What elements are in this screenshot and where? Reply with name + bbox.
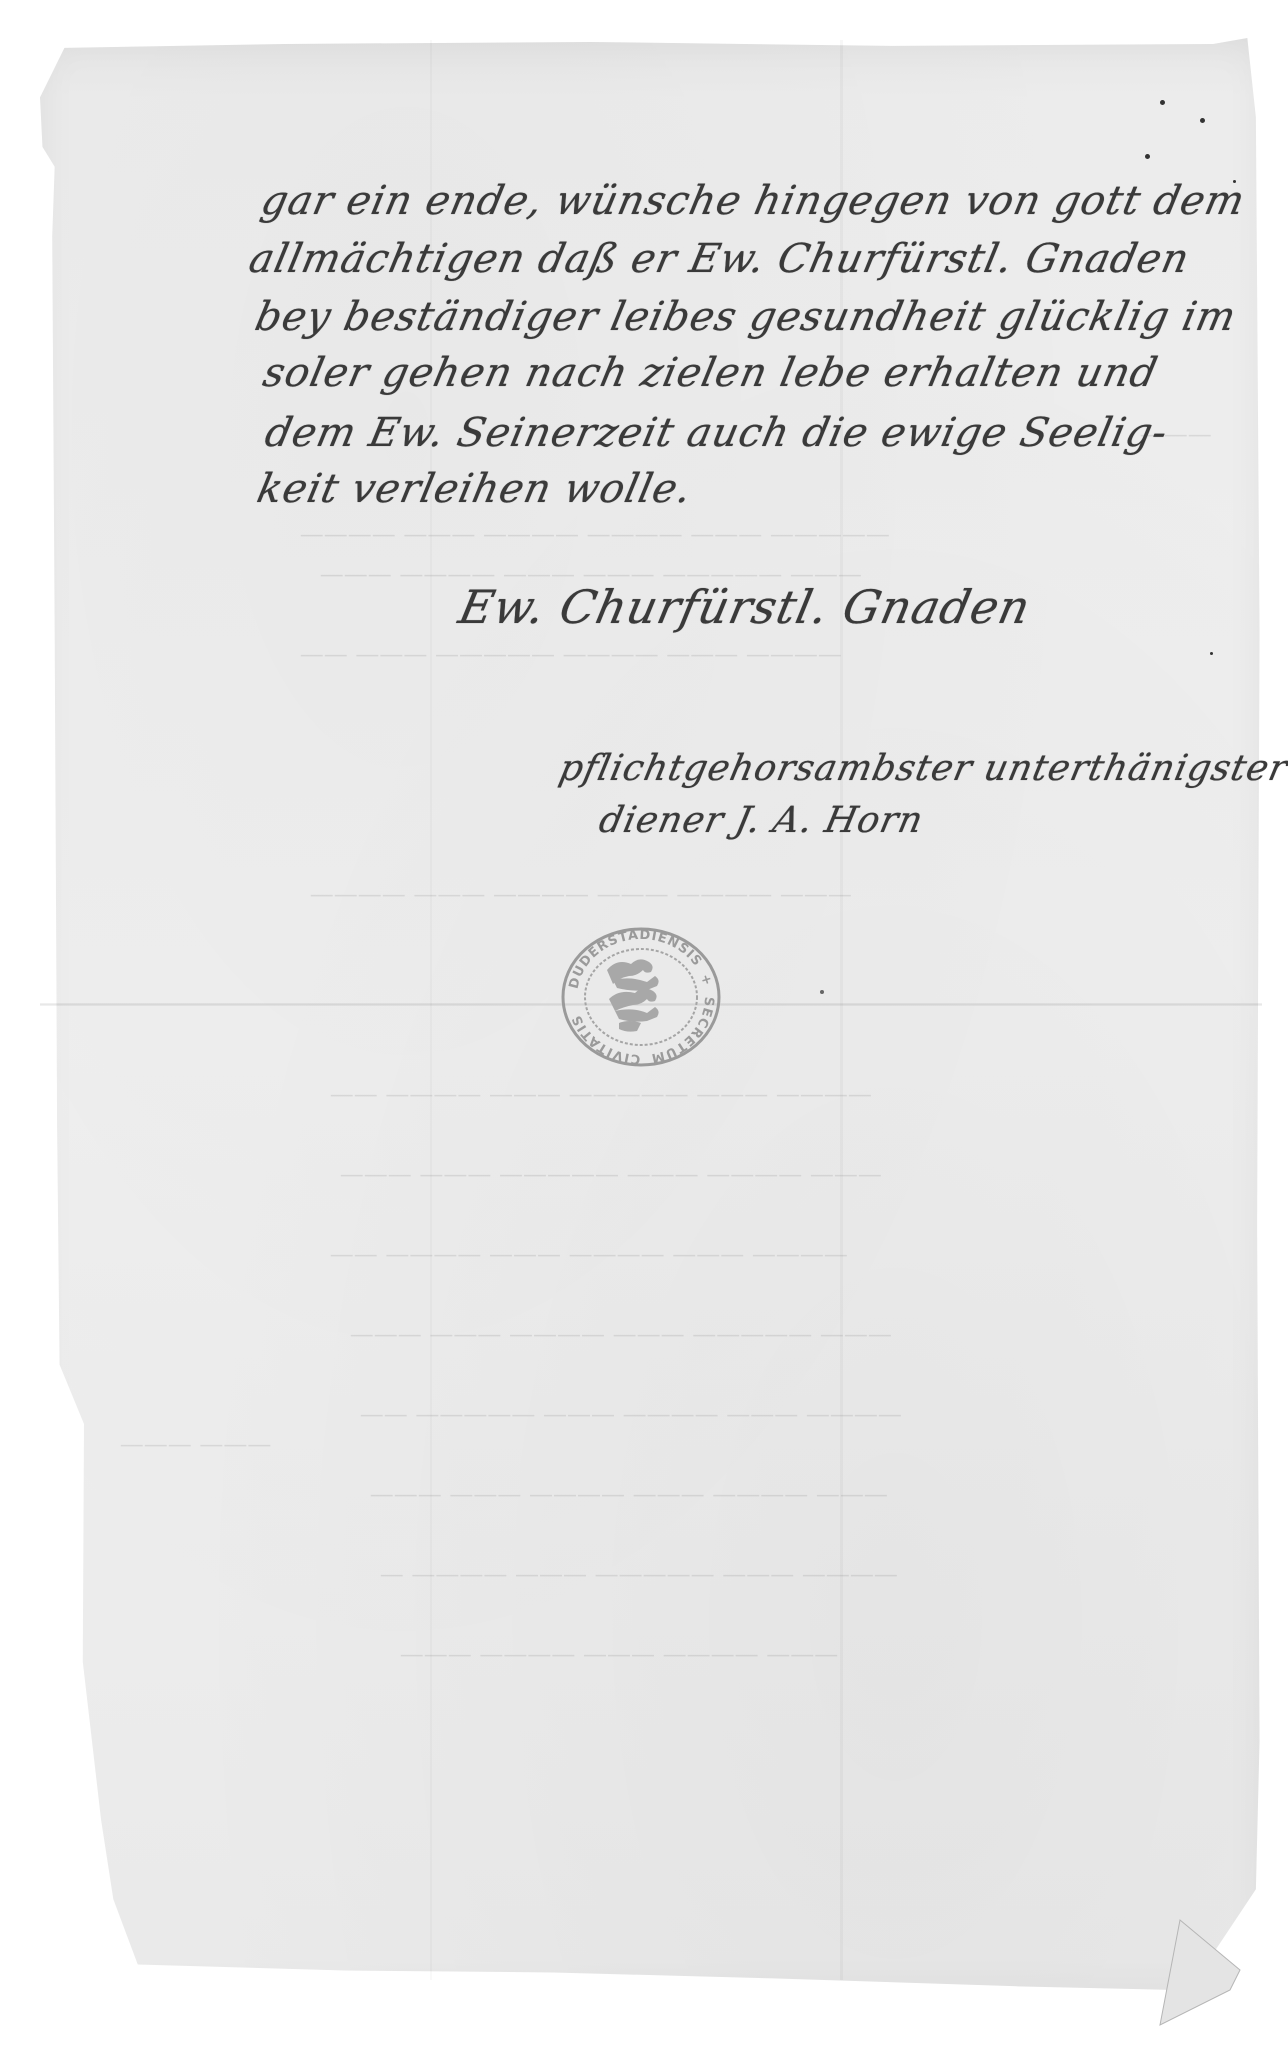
signature: diener J. A. Horn [596, 800, 928, 841]
body-line: soler gehen nach zielen lebe erhalten un… [259, 350, 1162, 396]
ink-spot [1233, 180, 1236, 183]
body-line: bey beständiger leibes gesundheit glückl… [251, 294, 1241, 340]
body-line: gar ein ende, wünsche hingegen von gott … [257, 178, 1249, 224]
ink-spot [820, 990, 824, 994]
ink-spot [1200, 118, 1205, 123]
ink-spot [1210, 652, 1213, 655]
subscription-line: pflichtgehorsambster unterthänigster [556, 748, 1288, 789]
lion-emblem-icon [607, 959, 659, 1031]
ink-spot [1160, 100, 1165, 105]
ink-spot [1145, 154, 1150, 159]
seal-separator: + [697, 972, 715, 988]
folded-corner [1080, 1900, 1250, 2030]
closing-salutation: Ew. Churfürstl. Gnaden [454, 580, 1035, 634]
document-scan: ————— ——— ———— ———— ——— ———— ——— ————— —… [0, 0, 1288, 2051]
city-seal-stamp: DUDERSTADIENSIS + SECRETUM CIVITATIS [557, 925, 725, 1070]
body-line: keit verleihen wolle. [253, 466, 696, 512]
body-line: allmächtigen daß er Ew. Churfürstl. Gnad… [245, 236, 1194, 282]
body-line: dem Ew. Seinerzeit auch die ewige Seelig… [261, 410, 1172, 456]
